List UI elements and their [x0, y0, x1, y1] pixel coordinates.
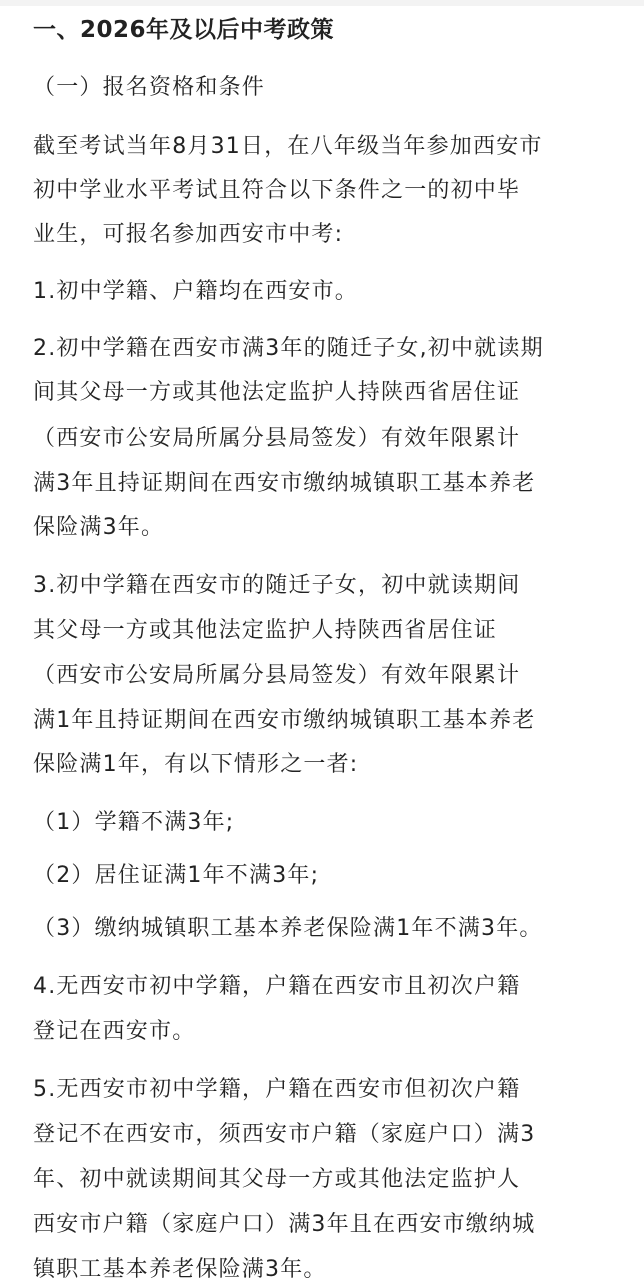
condition-2-line: 2.初中学籍在西安市满3年的随迁子女,初中就读期 — [33, 334, 613, 364]
condition-5-line: 镇职工基本养老保险满3年。 — [33, 1255, 613, 1280]
sub-condition-2: （2）居住证满1年不满3年; — [33, 861, 613, 891]
condition-4-line: 4.无西安市初中学籍，户籍在西安市且初次户籍 — [33, 972, 613, 1002]
sub-condition-1: （1）学籍不满3年; — [33, 808, 613, 838]
condition-3-line: 保险满1年，有以下情形之一者: — [33, 750, 613, 780]
condition-4-line: 登记在西安市。 — [33, 1017, 613, 1047]
document-page: 一、2026年及以后中考政策 （一）报名资格和条件 截至考试当年8月31日，在八… — [0, 0, 644, 1280]
condition-2-line: 保险满3年。 — [33, 513, 613, 543]
condition-3-line: 3.初中学籍在西安市的随迁子女，初中就读期间 — [33, 571, 613, 601]
condition-3-line: 其父母一方或其他法定监护人持陕西省居住证 — [33, 616, 613, 646]
condition-2-line: 满3年且持证期间在西安市缴纳城镇职工基本养老 — [33, 469, 613, 499]
condition-5-line: 5.无西安市初中学籍，户籍在西安市但初次户籍 — [33, 1075, 613, 1105]
condition-3-line: （西安市公安局所属分县局签发）有效年限累计 — [33, 661, 613, 691]
condition-1: 1.初中学籍、户籍均在西安市。 — [33, 277, 613, 307]
condition-2-line: （西安市公安局所属分县局签发）有效年限累计 — [33, 424, 613, 454]
intro-line: 截至考试当年8月31日，在八年级当年参加西安市 — [33, 132, 613, 162]
intro-line: 业生，可报名参加西安市中考: — [33, 220, 613, 250]
condition-5-line: 登记不在西安市，须西安市户籍（家庭户口）满3 — [33, 1120, 613, 1150]
intro-line: 初中学业水平考试且符合以下条件之一的初中毕 — [33, 176, 613, 206]
sub-condition-3: （3）缴纳城镇职工基本养老保险满1年不满3年。 — [33, 914, 613, 944]
condition-2-line: 间其父母一方或其他法定监护人持陕西省居住证 — [33, 378, 613, 408]
condition-3-line: 满1年且持证期间在西安市缴纳城镇职工基本养老 — [33, 706, 613, 736]
top-divider — [0, 0, 644, 6]
page-title: 一、2026年及以后中考政策 — [33, 15, 613, 45]
condition-5-line: 年、初中就读期间其父母一方或其他法定监护人 — [33, 1165, 613, 1195]
condition-5-line: 西安市户籍（家庭户口）满3年且在西安市缴纳城 — [33, 1210, 613, 1240]
section-heading: （一）报名资格和条件 — [33, 73, 613, 103]
